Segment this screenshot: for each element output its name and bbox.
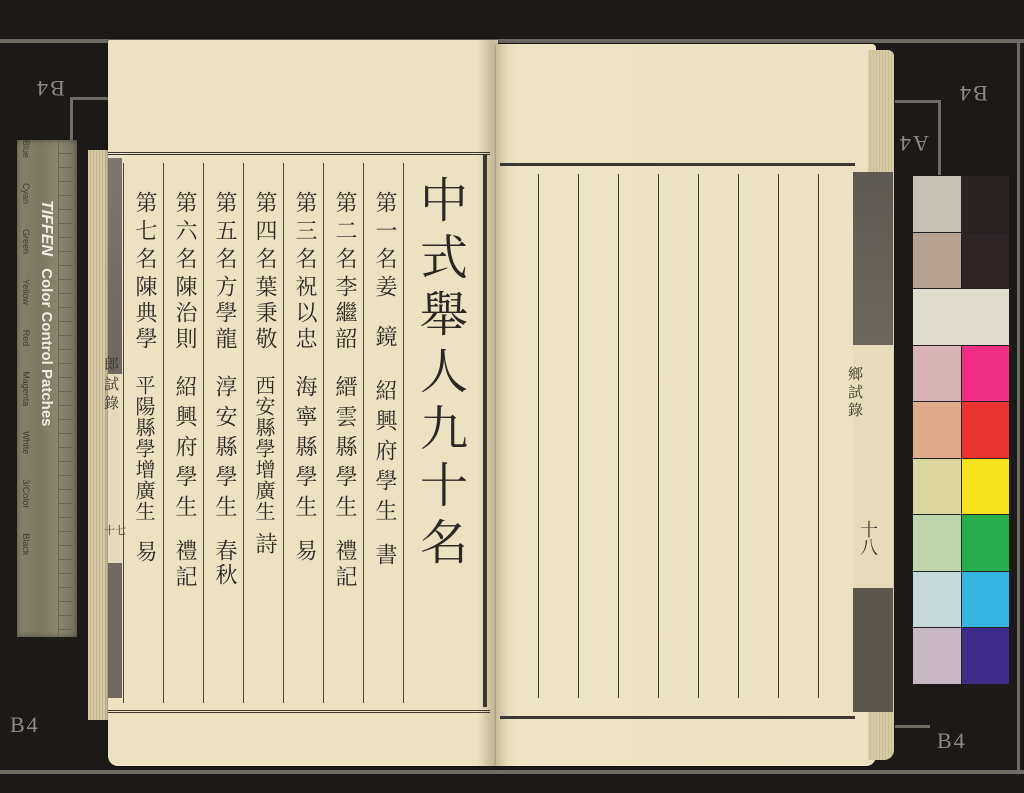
tiffen-logo: TIFFEN (38, 200, 55, 256)
color-name: Black (21, 533, 31, 555)
entry-column-7: 第七名 陳典學 平陽縣學增廣生 易 (123, 163, 164, 703)
entry-classic: 易 (133, 540, 155, 562)
board-label-a4: A4 (898, 130, 929, 156)
entry-rank: 第三名 (293, 191, 315, 275)
tiffen-color-control-strip: Blue Cyan Green Yellow Red Magenta White… (17, 140, 77, 637)
entry-column-5: 第五名 方學龍 淳安縣學生 春秋 (203, 163, 244, 703)
board-frame-bottom-right-h (895, 725, 930, 728)
board-label-b4-bottomright: B4 (937, 728, 967, 754)
patch-taupe (913, 233, 961, 289)
board-label-b4-topleft: B4 (35, 75, 65, 101)
strip-color-names: Blue Cyan Green Yellow Red Magenta White… (21, 140, 31, 555)
patch-pale-green (913, 515, 961, 571)
entry-rank: 第一名 (373, 191, 395, 275)
entry-name: 祝以忠 (293, 275, 315, 353)
patch-pale-red (913, 402, 961, 458)
entry-classic: 禮記 (173, 539, 195, 591)
entry-classic: 書 (373, 543, 395, 565)
entry-column-2: 第二名 李繼韶 縉雲縣學生 禮記 (323, 163, 364, 703)
patch-pale-magenta (913, 346, 961, 402)
entry-rank: 第五名 (213, 191, 235, 275)
color-name: Cyan (21, 183, 31, 204)
color-name: 3/Color (21, 479, 31, 508)
entry-column-6: 第六名 陳治則 紹興府學生 禮記 (163, 163, 204, 703)
roster-table: 第一名 姜鏡 紹興府學生 書 第二名 李繼韶 縉雲縣學生 禮記 第三名 祝以忠 … (108, 152, 490, 713)
patch-dark-brown (962, 233, 1010, 289)
color-name: Magenta (21, 371, 31, 406)
board-frame-right-inner-v (938, 100, 941, 175)
entry-name: 葉秉敬 (253, 275, 275, 353)
entry-origin: 淳安縣學生 (213, 375, 235, 525)
entry-origin: 紹興府學生 (373, 379, 395, 529)
blank-ruled-page (500, 163, 855, 719)
entry-origin: 海寧縣學生 (293, 375, 315, 525)
entry-name: 李繼韶 (333, 275, 355, 353)
entry-name: 方學龍 (213, 275, 235, 353)
entry-column-4: 第四名 葉秉敬 西安縣學增廣生 詩 (243, 163, 284, 703)
column-rule (538, 174, 539, 698)
color-name: Yellow (21, 279, 31, 305)
column-rule (818, 174, 819, 698)
color-name: Red (21, 330, 31, 347)
entry-name: 陳治則 (173, 275, 195, 353)
strip-title: Color Control Patches (38, 268, 55, 426)
entry-origin: 西安縣學增廣生 (254, 375, 274, 522)
color-name: Green (21, 229, 31, 254)
entry-origin: 紹興府學生 (173, 375, 195, 525)
patch-pale-cyan (913, 572, 961, 628)
patch-green (962, 515, 1010, 571)
patch-yellow (962, 459, 1010, 515)
color-calibration-card (913, 176, 1009, 684)
column-rule (778, 174, 779, 698)
patch-pale-yellow (913, 459, 961, 515)
color-name: Blue (21, 140, 31, 158)
right-fold-label: 鄉 試 錄 (848, 365, 863, 419)
entry-name: 姜鏡 (373, 275, 395, 375)
column-rule (658, 174, 659, 698)
patch-magenta (962, 346, 1010, 402)
board-frame-right-v (1017, 43, 1020, 773)
entry-classic: 易 (293, 539, 315, 561)
patch-cyan (962, 572, 1010, 628)
patch-red (962, 402, 1010, 458)
column-rule (578, 174, 579, 698)
board-frame-right-inner-h (895, 100, 940, 103)
entry-rank: 第四名 (253, 191, 275, 275)
board-label-b4-topright: B4 (958, 80, 988, 106)
right-folio: 十八 (854, 520, 880, 556)
entry-name: 陳典學 (133, 275, 155, 353)
entry-rank: 第二名 (333, 191, 355, 275)
column-rule (698, 174, 699, 698)
right-fold-margin (853, 172, 893, 712)
board-frame-bottom (0, 770, 1024, 774)
entry-rank: 第七名 (133, 191, 155, 275)
patch-black (962, 176, 1010, 232)
board-label-b4-bottomleft: B4 (10, 712, 40, 738)
patch-gray-light (913, 176, 961, 232)
entry-classic: 春秋 (213, 539, 235, 587)
color-name: White (21, 431, 31, 454)
entry-rank: 第六名 (173, 191, 195, 275)
patch-pale-blue (913, 628, 961, 684)
entry-classic: 禮記 (333, 539, 355, 591)
entry-origin: 縉雲縣學生 (333, 375, 355, 525)
entry-classic: 詩 (253, 532, 275, 554)
column-rule (738, 174, 739, 698)
board-frame-inner-left-v (70, 97, 73, 142)
page-title: 中 式 舉 人 九 十 名 (403, 163, 484, 703)
patch-white (913, 289, 1009, 345)
column-rule (618, 174, 619, 698)
centimeter-ruler (58, 140, 73, 637)
entry-origin: 平陽縣學增廣生 (134, 375, 154, 522)
patch-blue (962, 628, 1010, 684)
entry-column-3: 第三名 祝以忠 海寧縣學生 易 (283, 163, 324, 703)
entry-column-1: 第一名 姜鏡 紹興府學生 書 (363, 163, 404, 703)
tiffen-brand-label: TIFFEN Color Control Patches (37, 200, 55, 427)
block-right-border (483, 155, 487, 707)
